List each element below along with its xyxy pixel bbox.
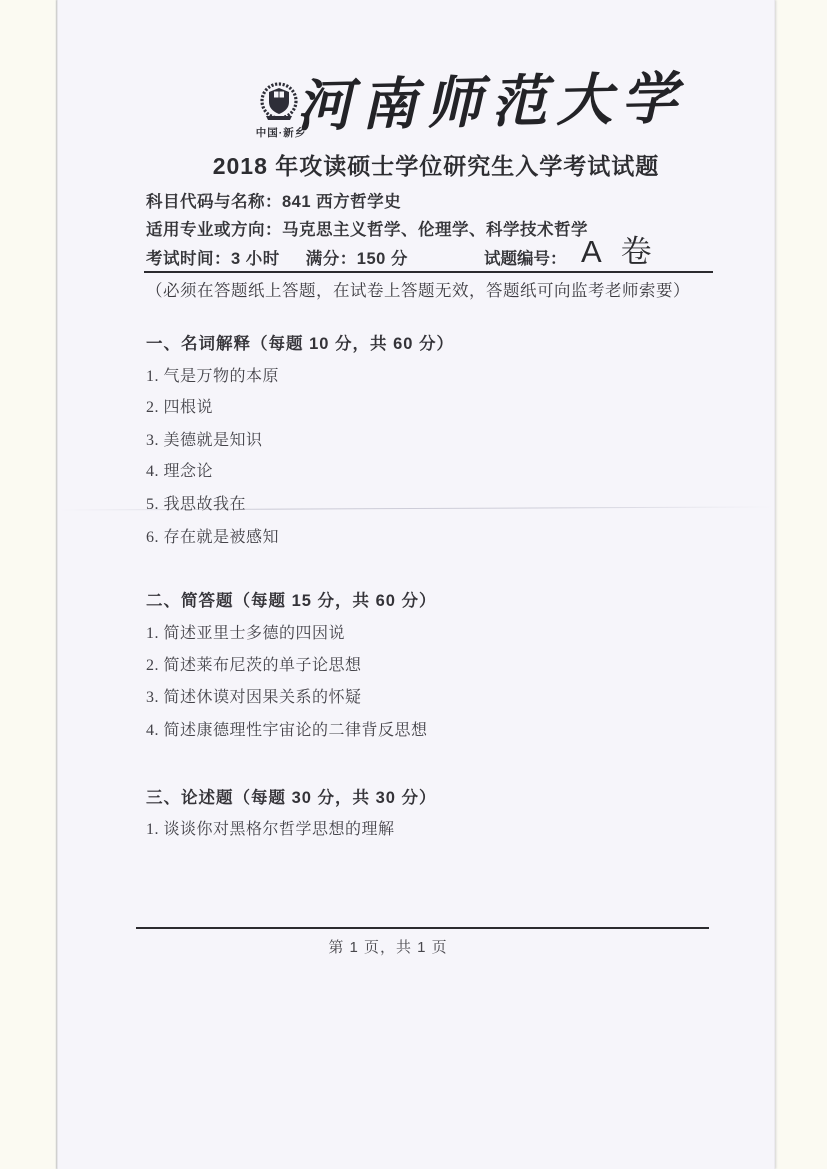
header-rule [144, 271, 713, 273]
section-3-title: 三、论述题（每题 30 分，共 30 分） [146, 784, 437, 808]
answer-sheet-note: （必须在答题纸上答题，在试卷上答题无效，答题纸可向监考老师索要） [146, 277, 746, 301]
question-item: 3. 简述休谟对因果关系的怀疑 [146, 684, 362, 707]
university-name-calligraphy: 河南师范大学 [295, 62, 726, 143]
footer-rule [136, 927, 709, 929]
paper-number-label: 试题编号： [484, 245, 567, 269]
scanned-page-background: 中国·新乡 河南师范大学 2018 年攻读硕士学位研究生入学考试试题 科目代码与… [0, 0, 827, 1169]
exam-duration-score-line: 考试时间：3 小时满分：150 分 [146, 245, 408, 269]
total-score: 满分：150 分 [306, 250, 408, 268]
applicable-majors-line: 适用专业或方向：马克思主义哲学、伦理学、科学技术哲学 [146, 216, 588, 240]
section-1-title: 一、名词解释（每题 10 分，共 60 分） [146, 330, 454, 354]
exam-duration: 考试时间：3 小时 [146, 250, 280, 268]
question-item: 1. 谈谈你对黑格尔哲学思想的理解 [146, 816, 395, 839]
question-item: 2. 简述莱布尼茨的单子论思想 [146, 652, 362, 675]
subject-code-line: 科目代码与名称：841 西方哲学史 [146, 188, 401, 212]
question-item: 1. 简述亚里士多德的四因说 [146, 620, 345, 643]
section-2-title: 二、简答题（每题 15 分，共 60 分） [146, 587, 437, 611]
question-item: 6. 存在就是被感知 [146, 524, 279, 547]
question-item: 2. 四根说 [146, 394, 213, 417]
page-number: 第 1 页，共 1 页 [58, 936, 718, 957]
question-item: 4. 理念论 [146, 458, 213, 481]
exam-title: 2018 年攻读硕士学位研究生入学考试试题 [146, 148, 726, 181]
question-item: 5. 我思故我在 [146, 491, 246, 514]
paper-number-value: A 卷 [581, 226, 658, 271]
question-item: 3. 美德就是知识 [146, 427, 263, 450]
exam-paper: 中国·新乡 河南师范大学 2018 年攻读硕士学位研究生入学考试试题 科目代码与… [57, 0, 775, 1169]
question-item: 4. 简述康德理性宇宙论的二律背反思想 [146, 717, 428, 740]
question-item: 1. 气是万物的本原 [146, 363, 279, 386]
